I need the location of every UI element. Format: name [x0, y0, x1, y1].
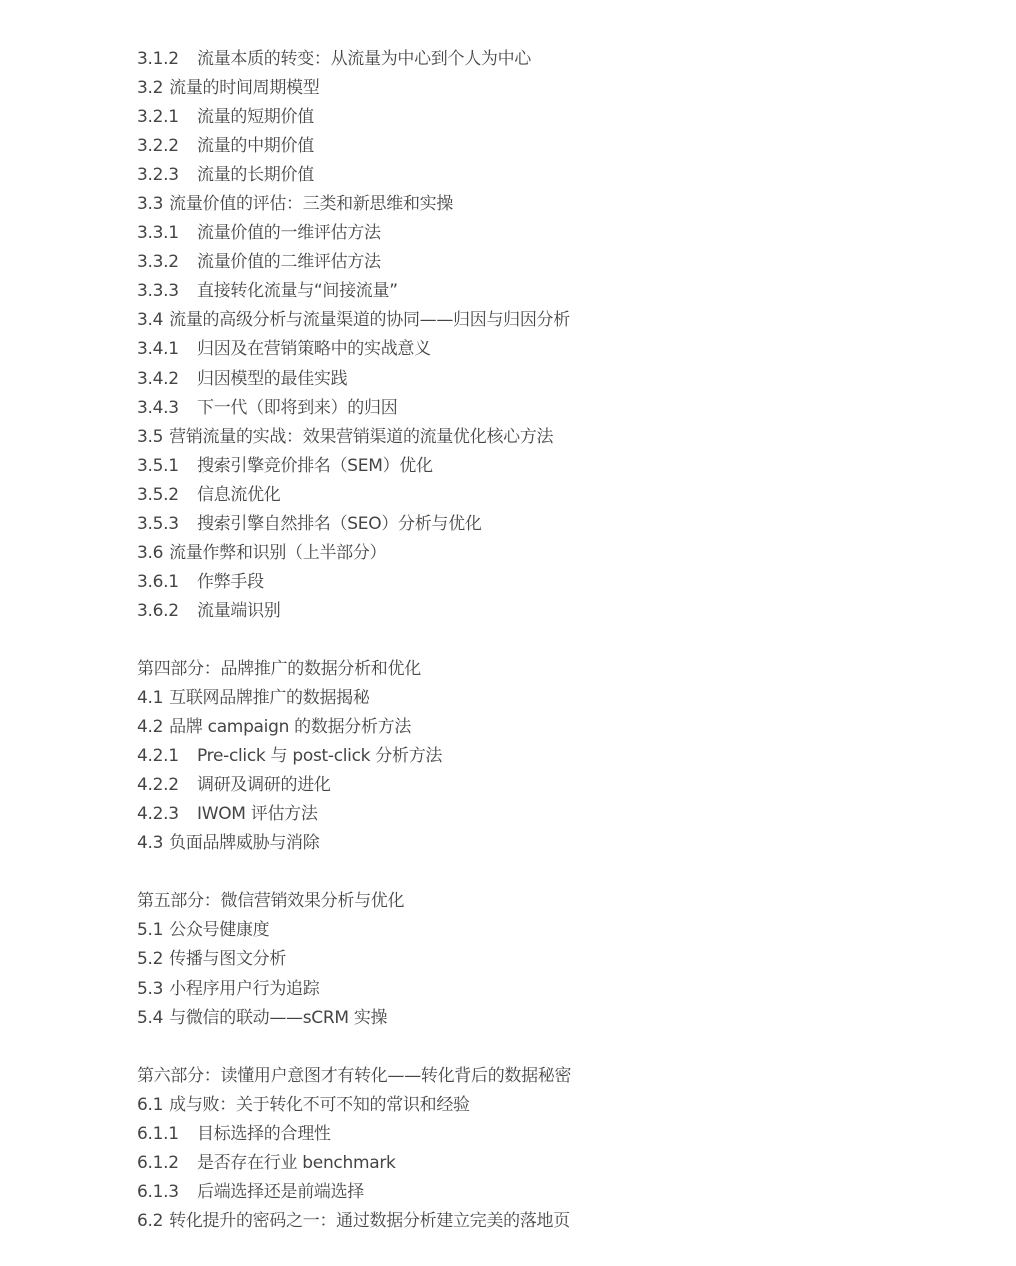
table-of-contents: 3.1.2流量本质的转变：从流量为中心到个人为中心3.2流量的时间周期模型3.2…	[137, 45, 897, 1236]
section-title: 第六部分：读懂用户意图才有转化——转化背后的数据秘密	[137, 1066, 571, 1086]
section-title: 流量价值的评估：三类和新思维和实操	[169, 194, 453, 214]
section-number: 6.1.3	[137, 1178, 197, 1207]
section-title: 与微信的联动——sCRM 实操	[169, 1008, 387, 1028]
section-number: 5.1	[137, 916, 163, 945]
section-title: 目标选择的合理性	[197, 1124, 331, 1144]
section-number: 6.1.1	[137, 1120, 197, 1149]
section-number: 4.2	[137, 713, 163, 742]
section-number: 4.2.2	[137, 771, 197, 800]
section-title: 作弊手段	[197, 572, 264, 592]
section-title: 转化提升的密码之一：通过数据分析建立完美的落地页	[169, 1211, 570, 1231]
subsection-item: 3.3.2流量价值的二维评估方法	[137, 248, 897, 277]
subsection-item: 6.1.1目标选择的合理性	[137, 1120, 897, 1149]
section-title: 流量的时间周期模型	[169, 78, 319, 98]
subsection-item: 3.2.2流量的中期价值	[137, 132, 897, 161]
section-title: 直接转化流量与“间接流量”	[197, 281, 398, 301]
section-heading: 6.1成与败：关于转化不可不知的常识和经验	[137, 1091, 897, 1120]
section-title: 流量的中期价值	[197, 136, 314, 156]
subsection-item: 3.2.3流量的长期价值	[137, 161, 897, 190]
subsection-item: 6.1.2是否存在行业 benchmark	[137, 1149, 897, 1178]
section-title: 归因模型的最佳实践	[197, 369, 347, 389]
section-title: 流量作弊和识别（上半部分）	[169, 543, 386, 563]
section-title: 归因及在营销策略中的实战意义	[197, 339, 431, 359]
section-title: 传播与图文分析	[169, 949, 286, 969]
section-heading: 3.3流量价值的评估：三类和新思维和实操	[137, 190, 897, 219]
blank-line	[137, 858, 897, 887]
section-heading: 5.4与微信的联动——sCRM 实操	[137, 1004, 897, 1033]
section-number: 3.5.2	[137, 481, 197, 510]
section-heading: 4.3负面品牌威胁与消除	[137, 829, 897, 858]
section-title: 流量的高级分析与流量渠道的协同——归因与归因分析	[169, 310, 570, 330]
section-number: 6.1	[137, 1091, 163, 1120]
section-title: 信息流优化	[197, 485, 281, 505]
part-heading: 第四部分：品牌推广的数据分析和优化	[137, 655, 897, 684]
section-title: IWOM 评估方法	[197, 804, 318, 824]
section-title: 负面品牌威胁与消除	[169, 833, 319, 853]
section-number: 4.2.1	[137, 742, 197, 771]
section-heading: 5.1公众号健康度	[137, 916, 897, 945]
section-title: 流量价值的一维评估方法	[197, 223, 381, 243]
section-number: 3.4.3	[137, 394, 197, 423]
subsection-item: 3.2.1流量的短期价值	[137, 103, 897, 132]
section-number: 3.4	[137, 306, 163, 335]
section-number: 3.3.1	[137, 219, 197, 248]
section-number: 3.5.3	[137, 510, 197, 539]
section-title: 流量的长期价值	[197, 165, 314, 185]
subsection-item: 4.2.3IWOM 评估方法	[137, 800, 897, 829]
section-title: 品牌 campaign 的数据分析方法	[169, 717, 411, 737]
section-title: 营销流量的实战：效果营销渠道的流量优化核心方法	[169, 427, 553, 447]
section-title: 下一代（即将到来）的归因	[197, 398, 397, 418]
section-number: 5.2	[137, 945, 163, 974]
section-heading: 3.2流量的时间周期模型	[137, 74, 897, 103]
subsection-item: 3.4.1归因及在营销策略中的实战意义	[137, 335, 897, 364]
section-heading: 4.1互联网品牌推广的数据揭秘	[137, 684, 897, 713]
section-heading: 3.6流量作弊和识别（上半部分）	[137, 539, 897, 568]
subsection-item: 3.6.1作弊手段	[137, 568, 897, 597]
section-number: 3.6	[137, 539, 163, 568]
section-number: 3.6.1	[137, 568, 197, 597]
part-heading: 第五部分：微信营销效果分析与优化	[137, 887, 897, 916]
subsection-item: 3.1.2流量本质的转变：从流量为中心到个人为中心	[137, 45, 897, 74]
section-heading: 3.5营销流量的实战：效果营销渠道的流量优化核心方法	[137, 423, 897, 452]
section-title: 成与败：关于转化不可不知的常识和经验	[169, 1095, 470, 1115]
blank-line	[137, 1033, 897, 1062]
section-title: 搜索引擎自然排名（SEO）分析与优化	[197, 514, 482, 534]
section-heading: 6.2转化提升的密码之一：通过数据分析建立完美的落地页	[137, 1207, 897, 1236]
section-title: 流量本质的转变：从流量为中心到个人为中心	[197, 49, 531, 69]
blank-line	[137, 626, 897, 655]
section-heading: 4.2品牌 campaign 的数据分析方法	[137, 713, 897, 742]
subsection-item: 3.5.1搜索引擎竞价排名（SEM）优化	[137, 452, 897, 481]
section-title: 第四部分：品牌推广的数据分析和优化	[137, 659, 421, 679]
section-number: 3.4.1	[137, 335, 197, 364]
section-title: 公众号健康度	[169, 920, 269, 940]
section-title: 小程序用户行为追踪	[169, 979, 319, 999]
section-number: 3.2	[137, 74, 163, 103]
section-heading: 3.4流量的高级分析与流量渠道的协同——归因与归因分析	[137, 306, 897, 335]
subsection-item: 3.6.2流量端识别	[137, 597, 897, 626]
subsection-item: 3.5.2信息流优化	[137, 481, 897, 510]
subsection-item: 3.3.3直接转化流量与“间接流量”	[137, 277, 897, 306]
section-number: 3.2.1	[137, 103, 197, 132]
subsection-item: 3.4.3下一代（即将到来）的归因	[137, 394, 897, 423]
section-title: 流量的短期价值	[197, 107, 314, 127]
section-number: 6.2	[137, 1207, 163, 1236]
section-number: 4.3	[137, 829, 163, 858]
section-title: 互联网品牌推广的数据揭秘	[169, 688, 369, 708]
section-title: 后端选择还是前端选择	[197, 1182, 364, 1202]
section-heading: 5.2传播与图文分析	[137, 945, 897, 974]
section-title: 第五部分：微信营销效果分析与优化	[137, 891, 404, 911]
subsection-item: 3.4.2归因模型的最佳实践	[137, 365, 897, 394]
section-number: 3.2.3	[137, 161, 197, 190]
section-title: 流量端识别	[197, 601, 281, 621]
section-number: 3.6.2	[137, 597, 197, 626]
section-number: 3.3.2	[137, 248, 197, 277]
section-number: 4.1	[137, 684, 163, 713]
section-title: 调研及调研的进化	[197, 775, 331, 795]
section-title: 流量价值的二维评估方法	[197, 252, 381, 272]
section-number: 4.2.3	[137, 800, 197, 829]
section-number: 5.4	[137, 1004, 163, 1033]
subsection-item: 3.3.1流量价值的一维评估方法	[137, 219, 897, 248]
section-title: Pre-click 与 post-click 分析方法	[197, 746, 442, 766]
section-number: 3.5	[137, 423, 163, 452]
section-number: 3.3.3	[137, 277, 197, 306]
section-number: 3.5.1	[137, 452, 197, 481]
section-number: 5.3	[137, 975, 163, 1004]
section-title: 是否存在行业 benchmark	[197, 1153, 396, 1173]
subsection-item: 4.2.2调研及调研的进化	[137, 771, 897, 800]
subsection-item: 4.2.1Pre-click 与 post-click 分析方法	[137, 742, 897, 771]
section-heading: 5.3小程序用户行为追踪	[137, 975, 897, 1004]
part-heading: 第六部分：读懂用户意图才有转化——转化背后的数据秘密	[137, 1062, 897, 1091]
section-number: 3.1.2	[137, 45, 197, 74]
section-title: 搜索引擎竞价排名（SEM）优化	[197, 456, 433, 476]
section-number: 3.3	[137, 190, 163, 219]
subsection-item: 6.1.3后端选择还是前端选择	[137, 1178, 897, 1207]
section-number: 3.4.2	[137, 365, 197, 394]
section-number: 3.2.2	[137, 132, 197, 161]
subsection-item: 3.5.3搜索引擎自然排名（SEO）分析与优化	[137, 510, 897, 539]
section-number: 6.1.2	[137, 1149, 197, 1178]
